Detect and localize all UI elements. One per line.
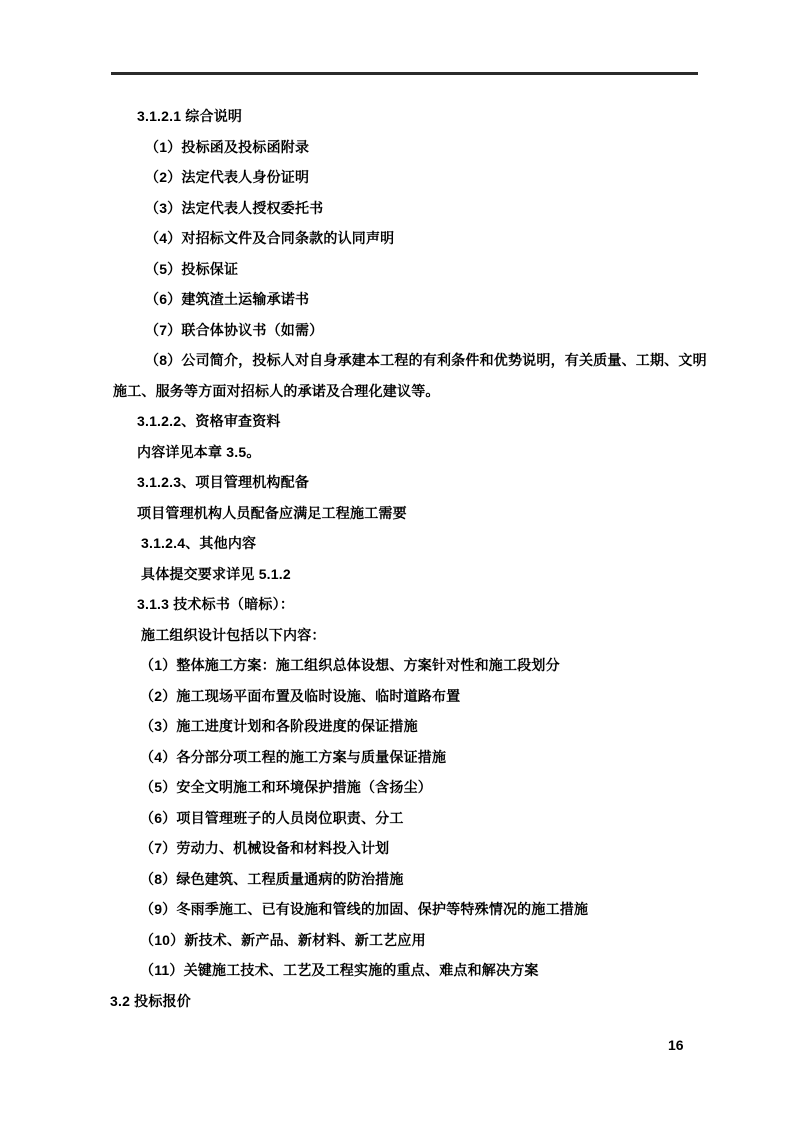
document-body: 3.1.2.1 综合说明（1）投标函及投标函附录（2）法定代表人身份证明（3）法… xyxy=(110,101,710,1016)
document-page: 3.1.2.1 综合说明（1）投标函及投标函附录（2）法定代表人身份证明（3）法… xyxy=(0,0,793,1121)
list-item: （7）劳动力、机械设备和材料投入计划 xyxy=(110,833,710,864)
list-item: （6）建筑渣土运输承诺书 xyxy=(110,284,710,315)
list-item: （3）法定代表人授权委托书 xyxy=(110,193,710,224)
list-item: （8）绿色建筑、工程质量通病的防治措施 xyxy=(110,864,710,895)
list-item: （5）安全文明施工和环境保护措施（含扬尘） xyxy=(110,772,710,803)
body-text: 项目管理机构人员配备应满足工程施工需要 xyxy=(110,498,710,529)
list-item: （11）关键施工技术、工艺及工程实施的重点、难点和解决方案 xyxy=(110,955,710,986)
list-item: （1）整体施工方案：施工组织总体设想、方案针对性和施工段划分 xyxy=(110,650,710,681)
section-heading: 3.1.2.1 综合说明 xyxy=(110,101,710,132)
body-text: 内容详见本章 3.5。 xyxy=(110,437,710,468)
list-item: （2）施工现场平面布置及临时设施、临时道路布置 xyxy=(110,681,710,712)
list-item: （4）各分部分项工程的施工方案与质量保证措施 xyxy=(110,742,710,773)
list-item: （9）冬雨季施工、已有设施和管线的加固、保护等特殊情况的施工措施 xyxy=(110,894,710,925)
list-item: （8）公司简介，投标人对自身承建本工程的有利条件和优势说明，有关质量、工期、文明 xyxy=(110,345,710,376)
list-item: （5）投标保证 xyxy=(110,254,710,285)
list-item: （4）对招标文件及合同条款的认同声明 xyxy=(110,223,710,254)
paragraph-continuation: 施工、服务等方面对招标人的承诺及合理化建议等。 xyxy=(110,376,710,407)
list-item: （3）施工进度计划和各阶段进度的保证措施 xyxy=(110,711,710,742)
chapter-heading: 3.2 投标报价 xyxy=(110,986,710,1017)
section-heading: 3.1.2.3、项目管理机构配备 xyxy=(110,467,710,498)
section-heading: 3.1.2.4、其他内容 xyxy=(110,528,710,559)
list-item: （7）联合体协议书（如需） xyxy=(110,315,710,346)
body-text: 施工组织设计包括以下内容： xyxy=(110,620,710,651)
list-item: （2）法定代表人身份证明 xyxy=(110,162,710,193)
list-item: （6）项目管理班子的人员岗位职责、分工 xyxy=(110,803,710,834)
list-item: （10）新技术、新产品、新材料、新工艺应用 xyxy=(110,925,710,956)
body-text: 具体提交要求详见 5.1.2 xyxy=(110,559,710,590)
page-number: 16 xyxy=(668,1037,684,1053)
list-item: （1）投标函及投标函附录 xyxy=(110,132,710,163)
section-heading: 3.1.2.2、资格审查资料 xyxy=(110,406,710,437)
header-rule xyxy=(111,72,698,75)
section-heading: 3.1.3 技术标书（暗标）： xyxy=(110,589,710,620)
